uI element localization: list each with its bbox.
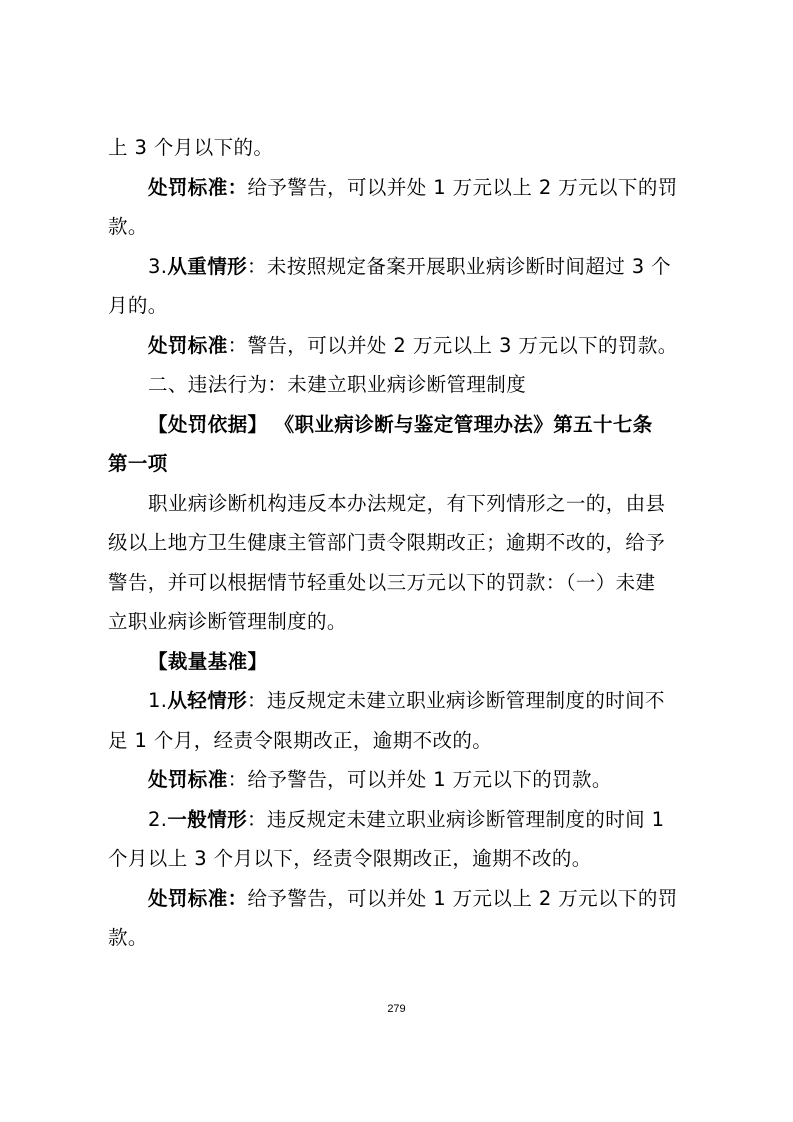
text-line: 足 1 个月，经责令限期改正，逾期不改的。	[108, 721, 693, 761]
text-line: 款。	[108, 207, 693, 247]
page-number: 279	[0, 1003, 793, 1015]
document-body: 上 3 个月以下的。 处罚标准：给予警告，可以并处 1 万元以上 2 万元以下的…	[108, 128, 693, 958]
penalty-standard-line: 处罚标准：给予警告，可以并处 1 万元以上 2 万元以下的罚	[108, 879, 693, 919]
general-case-line: 2.一般情形：违反规定未建立职业病诊断管理制度的时间 1	[108, 800, 693, 840]
severe-case-line: 3.从重情形：未按照规定备案开展职业病诊断时间超过 3 个	[108, 247, 693, 287]
penalty-basis-heading: 【处罚依据】 《职业病诊断与鉴定管理办法》第五十七条	[108, 405, 693, 445]
text-line: 警告，并可以根据情节轻重处以三万元以下的罚款：（一）未建	[108, 563, 693, 603]
text-line: 立职业病诊断管理制度的。	[108, 602, 693, 642]
section-heading: 二、违法行为：未建立职业病诊断管理制度	[108, 365, 693, 405]
text-line: 职业病诊断机构违反本办法规定，有下列情形之一的，由县	[108, 484, 693, 524]
text-line: 级以上地方卫生健康主管部门责令限期改正；逾期不改的，给予	[108, 523, 693, 563]
penalty-basis-heading-cont: 第一项	[108, 444, 693, 484]
text-line: 月的。	[108, 286, 693, 326]
text-line: 上 3 个月以下的。	[108, 128, 693, 168]
penalty-standard-line: 处罚标准：给予警告，可以并处 1 万元以下的罚款。	[108, 760, 693, 800]
discretion-heading: 【裁量基准】	[108, 642, 693, 682]
penalty-standard-line: 处罚标准：给予警告，可以并处 1 万元以上 2 万元以下的罚	[108, 168, 693, 208]
text-line: 款。	[108, 918, 693, 958]
penalty-standard-line: 处罚标准：警告，可以并处 2 万元以上 3 万元以下的罚款。	[108, 326, 693, 366]
text-line: 个月以上 3 个月以下，经责令限期改正，逾期不改的。	[108, 839, 693, 879]
light-case-line: 1.从轻情形：违反规定未建立职业病诊断管理制度的时间不	[108, 681, 693, 721]
